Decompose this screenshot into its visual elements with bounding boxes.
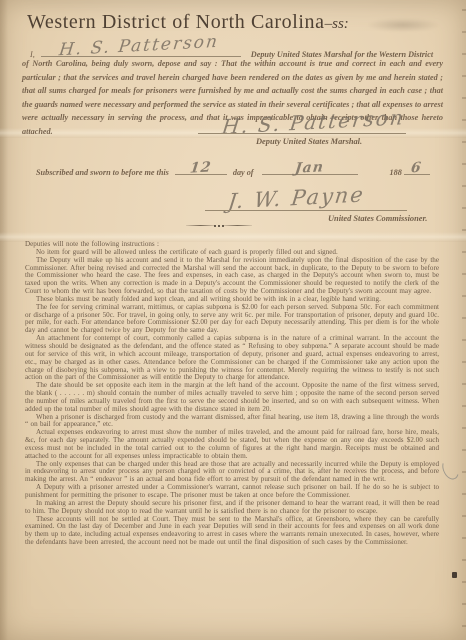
section-divider-ornament	[186, 224, 252, 227]
instruction-paragraph: A Deputy with a prisoner arrested under …	[25, 484, 439, 500]
district-title: Western District of North Carolina	[27, 11, 325, 33]
instruction-paragraph: These accounts will not be settled at Co…	[25, 516, 439, 547]
month-blank: Jan	[262, 163, 358, 175]
instruction-paragraph: The only expenses that can be charged un…	[25, 461, 439, 485]
instruction-paragraph: In making an arrest the Deputy should se…	[25, 500, 439, 516]
document-page: Western District of North Carolina–ss: I…	[0, 0, 466, 640]
pencil-smudge	[366, 18, 440, 32]
day-blank: 12	[175, 163, 227, 175]
instruction-paragraph: When a prisoner is discharged from custo…	[25, 414, 439, 430]
printed-year-prefix: 188	[390, 168, 402, 177]
commissioner-signature-handwriting: J. W. Payne	[227, 182, 367, 213]
handwritten-deputy-name: H. S. Patterson	[58, 32, 220, 61]
ink-spot	[452, 572, 457, 578]
handwritten-month: Jan	[294, 159, 325, 177]
instruction-paragraph: The fee for serving criminal warrant, mi…	[25, 304, 439, 335]
deckled-right-edge	[462, 0, 466, 640]
jurat-line: Subscribed and sworn to before me this 1…	[36, 163, 430, 177]
ss-abbreviation: –ss:	[325, 16, 349, 32]
year-blank: 6	[404, 163, 430, 175]
commissioner-signature-line	[205, 210, 407, 211]
commissioner-signature-title: United States Commissioner.	[328, 214, 427, 223]
page-left-shadow	[0, 0, 8, 640]
instruction-paragraph: An attachment for contempt of court, com…	[25, 335, 439, 382]
handwritten-day: 12	[189, 159, 212, 176]
divider-rule-left	[186, 225, 215, 226]
divider-dots	[218, 225, 220, 227]
instruction-paragraph: The Deputy will make up his account and …	[25, 257, 439, 296]
instruction-paragraph: Actual expenses endeavoring to arrest mu…	[25, 429, 439, 460]
instruction-paragraph: The date should be set opposite each ite…	[25, 382, 439, 413]
instructions-section: Deputies will note the following instruc…	[25, 241, 439, 547]
jurat-lead-text: Subscribed and sworn to before me this	[36, 168, 169, 177]
deputy-name-blank: H. S. Patterson	[41, 44, 241, 57]
deputy-signature-line	[198, 133, 406, 134]
stray-pen-mark	[439, 456, 462, 482]
page-title: Western District of North Carolina–ss:	[27, 11, 349, 34]
deputy-signature-title: Deputy United States Marshal.	[256, 137, 362, 146]
divider-rule-right	[223, 225, 252, 226]
handwritten-year-digit: 6	[410, 160, 423, 177]
jurat-middle-text: day of	[233, 168, 254, 177]
instructions-paragraphs: No item for guard will be allowed unless…	[25, 249, 439, 547]
